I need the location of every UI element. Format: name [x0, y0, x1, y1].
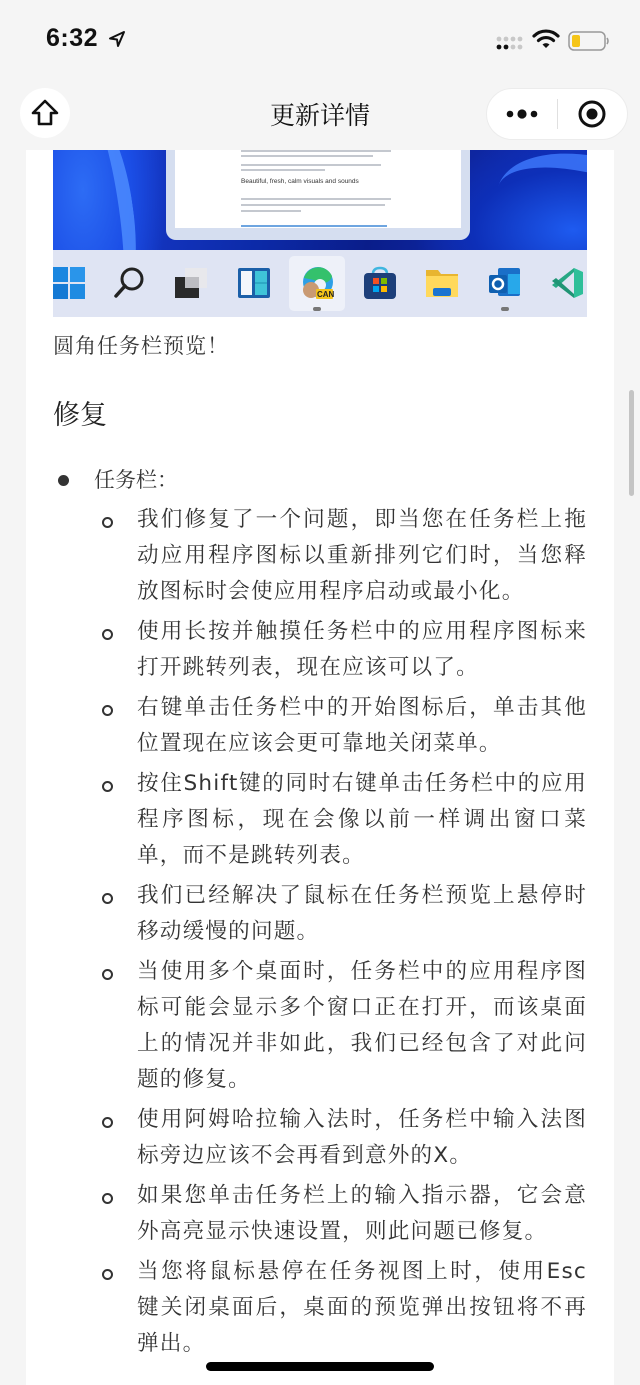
store-icon — [363, 266, 397, 300]
more-dots-icon — [505, 108, 539, 120]
mini-program-capsule — [486, 88, 628, 140]
search-icon — [112, 266, 146, 300]
bullet-circle — [102, 969, 113, 980]
fix-item-text: 使用长按并触摸任务栏中的应用程序图标来打开跳转列表，现在应该可以了。 — [137, 614, 587, 686]
fix-item-text: 如果您单击任务栏上的输入指示器，它会意外高亮显示快速设置，则此问题已修复。 — [137, 1178, 587, 1250]
article-screenshot: Beautiful, fresh, calm visuals and sound… — [53, 150, 587, 317]
bullet-circle — [102, 1193, 113, 1204]
list-item: 使用长按并触摸任务栏中的应用程序图标来打开跳转列表，现在应该可以了。 — [53, 614, 593, 686]
list-item: 按住Shift键的同时右键单击任务栏中的应用程序图标，现在会像以前一样调出窗口菜… — [53, 766, 593, 874]
fix-item-text: 按住Shift键的同时右键单击任务栏中的应用程序图标，现在会像以前一样调出窗口菜… — [137, 766, 587, 874]
bullet-circle — [102, 781, 113, 792]
fix-category-list: 任务栏： — [53, 462, 593, 498]
vertical-scrollbar[interactable] — [629, 390, 634, 496]
list-item: 如果您单击任务栏上的输入指示器，它会意外高亮显示快速设置，则此问题已修复。 — [53, 1178, 593, 1250]
fix-item-text: 我们修复了一个问题，即当您在任务栏上拖动应用程序图标以重新排列它们时，当您释放图… — [137, 502, 587, 610]
location-arrow-icon — [108, 30, 126, 48]
home-indicator[interactable] — [206, 1362, 434, 1371]
windows-start-icon — [53, 266, 87, 300]
fix-item-text: 使用阿姆哈拉输入法时，任务栏中输入法图标旁边应该不会再看到意外的X。 — [137, 1102, 587, 1174]
bullet-circle — [102, 893, 113, 904]
bullet-circle — [102, 517, 113, 528]
running-indicator-outlook — [501, 307, 509, 311]
fix-items-list: 我们修复了一个问题，即当您在任务栏上拖动应用程序图标以重新排列它们时，当您释放图… — [53, 502, 593, 1366]
nav-bar: 更新详情 — [0, 84, 640, 144]
battery-low-icon — [568, 30, 610, 52]
list-item: 当使用多个桌面时，任务栏中的应用程序图标可能会显示多个窗口正在打开，而该桌面上的… — [53, 954, 593, 1098]
wifi-icon — [532, 28, 560, 50]
status-bar: 6:32 — [0, 0, 640, 80]
list-item: 任务栏： — [53, 462, 593, 498]
list-item: 我们已经解决了鼠标在任务栏预览上悬停时移动缓慢的问题。 — [53, 878, 593, 950]
bullet-disc — [58, 475, 69, 486]
more-button[interactable] — [487, 88, 557, 140]
windows-taskbar: CAN — [53, 250, 587, 317]
fix-item-text: 右键单击任务栏中的开始图标后，单击其他位置现在应该会更可靠地关闭菜单。 — [137, 690, 587, 762]
edge-icon: CAN — [300, 266, 334, 300]
image-caption: 圆角任务栏预览！ — [53, 330, 229, 360]
list-item: 当您将鼠标悬停在任务视图上时，使用Esc键关闭桌面后，桌面的预览弹出按钮将不再弹… — [53, 1254, 593, 1362]
running-indicator-edge — [313, 307, 321, 311]
bullet-circle — [102, 1269, 113, 1280]
widgets-icon — [237, 266, 271, 300]
fix-item-text: 当您将鼠标悬停在任务视图上时，使用Esc键关闭桌面后，桌面的预览弹出按钮将不再弹… — [137, 1254, 587, 1362]
bullet-circle — [102, 629, 113, 640]
bullet-circle — [102, 1117, 113, 1128]
fix-item-text: 当使用多个桌面时，任务栏中的应用程序图标可能会显示多个窗口正在打开，而该桌面上的… — [137, 954, 587, 1098]
close-button[interactable] — [558, 88, 628, 140]
windows-wallpaper: Beautiful, fresh, calm visuals and sound… — [53, 150, 587, 250]
cellular-signal-icon — [496, 36, 526, 52]
category-label: 任务栏： — [94, 462, 178, 498]
target-close-icon — [577, 99, 607, 129]
list-item: 使用阿姆哈拉输入法时，任务栏中输入法图标旁边应该不会再看到意外的X。 — [53, 1102, 593, 1174]
vscode-icon — [550, 266, 584, 300]
outlook-icon — [488, 266, 522, 300]
taskbar-preview-window: Beautiful, fresh, calm visuals and sound… — [166, 150, 470, 240]
fix-item-text: 我们已经解决了鼠标在任务栏预览上悬停时移动缓慢的问题。 — [137, 878, 587, 950]
preview-heading: Beautiful, fresh, calm visuals and sound… — [241, 178, 359, 185]
list-item: 右键单击任务栏中的开始图标后，单击其他位置现在应该会更可靠地关闭菜单。 — [53, 690, 593, 762]
article-content: Beautiful, fresh, calm visuals and sound… — [26, 150, 614, 1385]
section-heading: 修复 — [53, 393, 107, 432]
list-item: 我们修复了一个问题，即当您在任务栏上拖动应用程序图标以重新排列它们时，当您释放图… — [53, 502, 593, 610]
file-explorer-icon — [425, 266, 459, 300]
status-time: 6:32 — [46, 24, 98, 53]
bullet-circle — [102, 705, 113, 716]
svg-text:CAN: CAN — [317, 290, 334, 299]
preview-page: Beautiful, fresh, calm visuals and sound… — [175, 150, 461, 228]
task-view-icon — [174, 266, 208, 300]
